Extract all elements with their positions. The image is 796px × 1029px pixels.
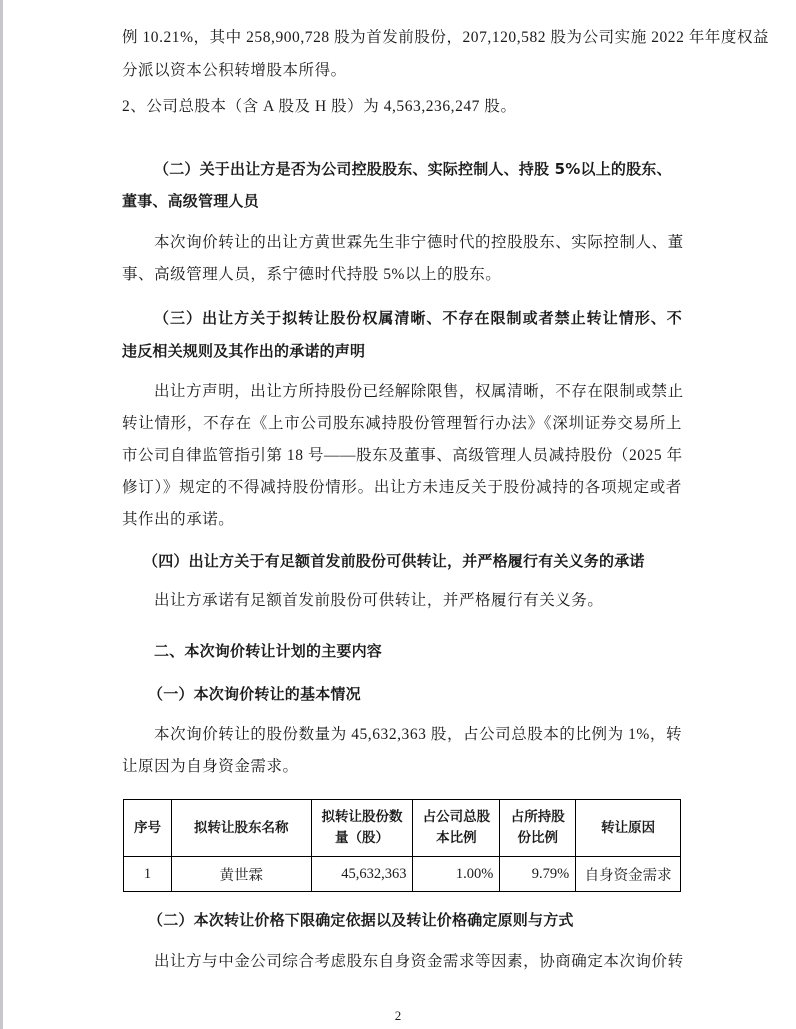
share-transfer-table: 序号 拟转让股东名称 拟转让股份数量（股） 占公司总股本比例 占所持股份比例 转…	[123, 799, 681, 892]
col-header-reason: 转让原因	[576, 800, 681, 857]
col-header-shareholder: 拟转让股东名称	[171, 800, 311, 857]
cell-shareholder: 黄世霖	[171, 857, 311, 892]
paragraph-line: 其作出的承诺。	[122, 510, 682, 530]
cell-reason: 自身资金需求	[576, 857, 681, 892]
section-heading: 董事、高级管理人员	[122, 191, 682, 211]
col-header-pct-held: 占所持股份比例	[500, 800, 576, 857]
paragraph-line: 例 10.21%，其中 258,900,728 股为首发前股份，207,120,…	[122, 28, 682, 48]
table-header-row: 序号 拟转让股东名称 拟转让股份数量（股） 占公司总股本比例 占所持股份比例 转…	[124, 800, 681, 857]
section-heading: （四）出让方关于有足额首发前股份可供转让，并严格履行有关义务的承诺	[143, 551, 703, 571]
paragraph-line: 市公司自律监管指引第 18 号——股东及董事、高级管理人员减持股份（2025 年	[122, 446, 682, 466]
cell-pct-held: 9.79%	[500, 857, 576, 892]
paragraph-line: 出让方与中金公司综合考虑股东自身资金需求等因素，协商确定本次询价转	[154, 952, 682, 972]
col-header-pct-total: 占公司总股本比例	[413, 800, 500, 857]
paragraph-line: 事、高级管理人员，系宁德时代持股 5%以上的股东。	[122, 265, 682, 285]
paragraph-line: 分派以资本公积转增股本所得。	[122, 61, 682, 81]
cell-shares: 45,632,363	[311, 857, 413, 892]
section-heading: 违反相关规则及其作出的承诺的声明	[122, 341, 682, 361]
paragraph-line: 转让情形，不存在《上市公司股东减持股份管理暂行办法》《深圳证券交易所上	[122, 414, 682, 434]
paragraph-line: 修订）》规定的不得减持股份情形。出让方未违反关于股份减持的各项规定或者	[122, 478, 682, 498]
paragraph-line: 让原因为自身资金需求。	[122, 757, 682, 777]
document-page: 例 10.21%，其中 258,900,728 股为首发前股份，207,120,…	[0, 0, 796, 1029]
table-row: 1 黄世霖 45,632,363 1.00% 9.79% 自身资金需求	[124, 857, 681, 892]
note-total-share-capital: 2、公司总股本（含 A 股及 H 股）为 4,563,236,247 股。	[122, 97, 682, 117]
col-header-index: 序号	[124, 800, 172, 857]
section-heading: （一）本次询价转让的基本情况	[148, 684, 708, 704]
section-heading: （二）关于出让方是否为公司控股股东、实际控制人、持股 5%以上的股东、	[154, 159, 682, 179]
cell-pct-total: 1.00%	[413, 857, 500, 892]
section-heading: （二）本次转让价格下限确定依据以及转让价格确定原则与方式	[148, 910, 708, 930]
paragraph-line: 本次询价转让的股份数量为 45,632,363 股，占公司总股本的比例为 1%，…	[154, 725, 682, 745]
section-heading: （三）出让方关于拟转让股份权属清晰、不存在限制或者禁止转让情形、不	[154, 308, 682, 328]
cell-index: 1	[124, 857, 172, 892]
col-header-shares: 拟转让股份数量（股）	[311, 800, 413, 857]
chapter-heading: 二、本次询价转让计划的主要内容	[154, 641, 714, 661]
paragraph-line: 本次询价转让的出让方黄世霖先生非宁德时代的控股股东、实际控制人、董	[154, 233, 682, 253]
page-number: 2	[0, 1008, 796, 1024]
paragraph-line: 出让方声明，出让方所持股份已经解除限售，权属清晰，不存在限制或禁止	[154, 382, 682, 402]
paragraph-line: 出让方承诺有足额首发前股份可供转让，并严格履行有关义务。	[154, 591, 714, 611]
